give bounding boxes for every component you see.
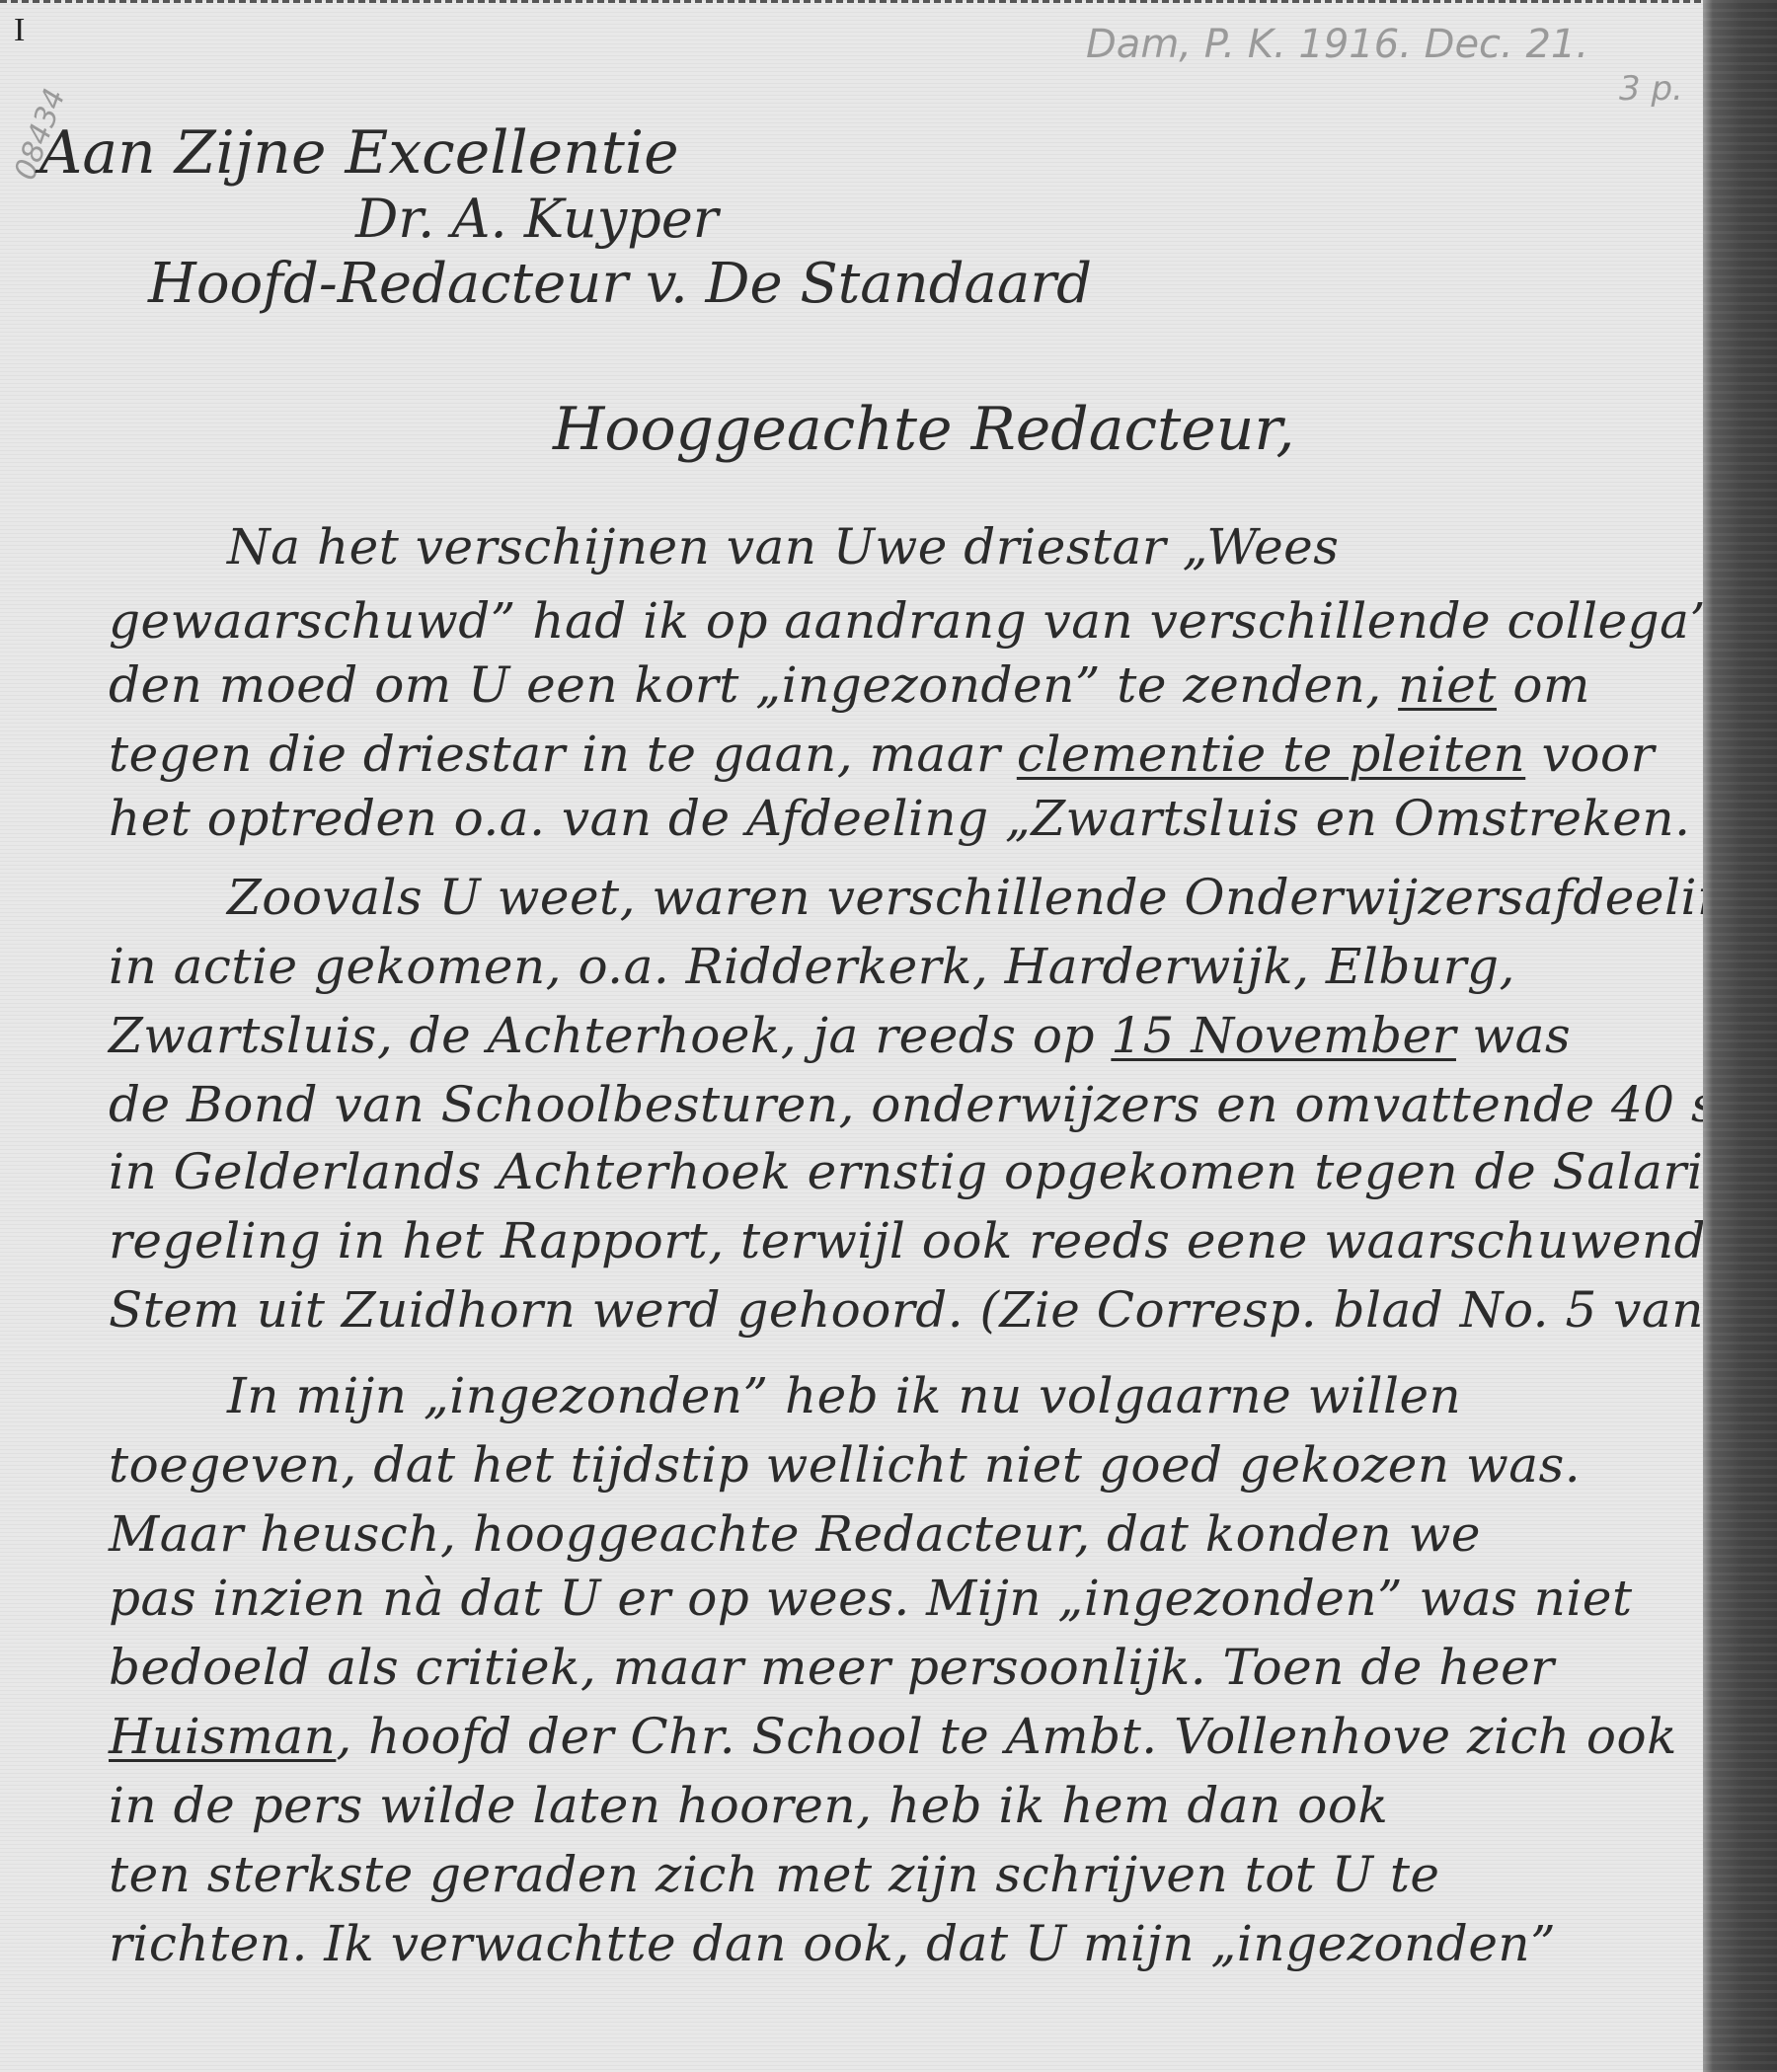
underlined-text: clementie te pleiten [1017, 726, 1525, 783]
body-line: regeling in het Rapport, terwijl ook ree… [109, 1212, 1736, 1269]
salutation: Hooggeachte Redacteur, [553, 395, 1295, 464]
underlined-text: niet [1398, 656, 1497, 714]
body-line: tegen die driestar in te gaan, maar clem… [109, 726, 1655, 783]
body-line: In mijn „ingezonden” heb ik nu volgaarne… [227, 1367, 1461, 1424]
underlined-text: Huisman [109, 1708, 336, 1765]
body-line: den moed om U een kort „ingezonden” te z… [109, 656, 1590, 714]
body-line: in actie gekomen, o.a. Ridderkerk, Harde… [109, 938, 1515, 995]
line-text: om [1497, 656, 1590, 714]
body-line: Stem uit Zuidhorn werd gehoord. (Zie Cor… [109, 1281, 1777, 1339]
body-line: in de pers wilde laten hooren, heb ik he… [109, 1777, 1388, 1834]
line-text: den moed om U een kort „ingezonden” te z… [109, 656, 1398, 714]
line-text: , hoofd der Chr. School te Ambt. Vollenh… [336, 1708, 1677, 1765]
body-line: Huisman, hoofd der Chr. School te Ambt. … [109, 1708, 1677, 1765]
line-text: voor [1525, 726, 1655, 783]
body-line: de Bond van Schoolbesturen, onderwijzers… [109, 1076, 1777, 1133]
page-count-note: 3 p. [1619, 69, 1683, 109]
underlined-text: 15 November [1111, 1007, 1456, 1064]
body-line: bedoeld als critiek, maar meer persoonli… [109, 1639, 1555, 1696]
body-line: in Gelderlands Achterhoek ernstig opgeko… [109, 1143, 1746, 1200]
roman-numeral-mark: I [14, 12, 25, 49]
line-text: Zwartsluis, de Achterhoek, ja reeds op [109, 1007, 1111, 1064]
body-line: Maar heusch, hooggeachte Redacteur, dat … [109, 1505, 1481, 1563]
body-line: het optreden o.a. van de Afdeeling „Zwar… [109, 790, 1691, 847]
address-line-3: Hoofd-Redacteur v. De Standaard [148, 252, 1092, 316]
body-line: gewaarschuwd” had ik op aandrang van ver… [109, 592, 1732, 650]
line-text: tegen die driestar in te gaan, maar [109, 726, 1017, 783]
body-line: ten sterkste geraden zich met zijn schri… [109, 1846, 1440, 1903]
body-line: pas inzien nà dat U er op wees. Mijn „in… [109, 1570, 1633, 1627]
letter-page: I 08434 Dam, P. K. 1916. Dec. 21. 3 p. A… [0, 0, 1703, 2072]
address-line-1: Aan Zijne Excellentie [39, 118, 679, 188]
body-line: Zoovals U weet, waren verschillende Onde… [227, 869, 1777, 926]
body-line: richten. Ik verwachtte dan ook, dat U mi… [109, 1915, 1556, 1972]
body-line: toegeven, dat het tijdstip wellicht niet… [109, 1436, 1581, 1494]
address-line-2: Dr. A. Kuyper [355, 188, 719, 250]
body-line: Zwartsluis, de Achterhoek, ja reeds op 1… [109, 1007, 1571, 1064]
binding-edge [1703, 0, 1777, 2072]
line-text: was [1456, 1007, 1571, 1064]
perforated-edge [0, 0, 1703, 3]
body-line: Na het verschijnen van Uwe driestar „Wee… [227, 518, 1339, 576]
archive-note: Dam, P. K. 1916. Dec. 21. [1086, 22, 1588, 67]
